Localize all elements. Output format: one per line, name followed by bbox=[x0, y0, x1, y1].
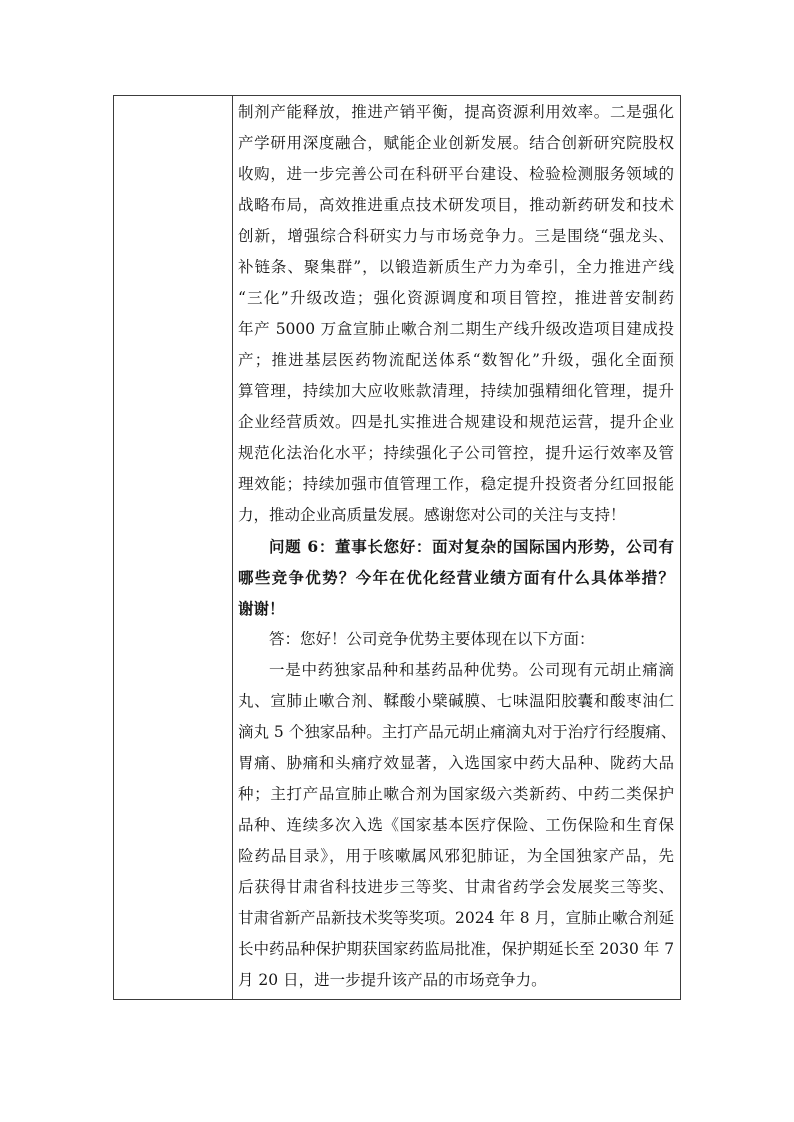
text-line-29: 月 20 日，进一步提升该产品的市场竞争力。 bbox=[238, 965, 674, 996]
qa-table: 制剂产能释放，推进产销平衡，提高资源利用效率。二是强化 产学研用深度融合，赋能企… bbox=[113, 95, 681, 1000]
table-left-cell bbox=[114, 96, 233, 999]
text-line-5: 创新，增强综合科研实力与市场竞争力。三是围绕“强龙头、 bbox=[238, 221, 674, 252]
text-line-14: 力，推动企业高质量发展。感谢您对公司的关注与支持！ bbox=[238, 500, 674, 531]
answer-intro-line: 答：您好！公司竞争优势主要体现在以下方面： bbox=[238, 624, 674, 655]
text-line-13: 理效能；持续加强市值管理工作，稳定提升投资者分红回报能 bbox=[238, 469, 674, 500]
text-line-19: 一是中药独家品种和基药品种优势。公司现有元胡止痛滴 bbox=[238, 655, 674, 686]
text-line-24: 品种、连续多次入选《国家基本医疗保险、工伤保险和生育保 bbox=[238, 810, 674, 841]
text-line-27: 甘肃省新产品新技术奖等奖项。2024 年 8 月，宣肺止嗽合剂延 bbox=[238, 903, 674, 934]
text-line-10: 算管理，持续加大应收账款清理，持续加强精细化管理，提升 bbox=[238, 376, 674, 407]
text-line-8: 年产 5000 万盒宣肺止嗽合剂二期生产线升级改造项目建成投 bbox=[238, 314, 674, 345]
text-line-25: 险药品目录》，用于咳嗽属风邪犯肺证，为全国独家产品，先 bbox=[238, 841, 674, 872]
text-line-21: 滴丸 5 个独家品种。主打产品元胡止痛滴丸对于治疗行经腹痛、 bbox=[238, 717, 674, 748]
text-line-12: 规范化法治化水平；持续强化子公司管控，提升运行效率及管 bbox=[238, 438, 674, 469]
text-line-4: 战略布局，高效推进重点技术研发项目，推动新药研发和技术 bbox=[238, 190, 674, 221]
text-line-22: 胃痛、胁痛和头痛疗效显著，入选国家中药大品种、陇药大品 bbox=[238, 748, 674, 779]
text-line-7: “三化”升级改造；强化资源调度和项目管控，推进普安制药 bbox=[238, 283, 674, 314]
text-line-23: 种；主打产品宣肺止嗽合剂为国家级六类新药、中药二类保护 bbox=[238, 779, 674, 810]
text-line-2: 产学研用深度融合，赋能企业创新发展。结合创新研究院股权 bbox=[238, 128, 674, 159]
text-line-3: 收购，进一步完善公司在科研平台建设、检验检测服务领域的 bbox=[238, 159, 674, 190]
text-line-20: 丸、宣肺止嗽合剂、鞣酸小檗碱膜、七味温阳胶囊和酸枣油仁 bbox=[238, 686, 674, 717]
text-line-1: 制剂产能释放，推进产销平衡，提高资源利用效率。二是强化 bbox=[238, 97, 674, 128]
text-line-6: 补链条、聚集群”，以锻造新质生产力为牵引，全力推进产线 bbox=[238, 252, 674, 283]
text-line-11: 企业经营质效。四是扎实推进合规建设和规范运营，提升企业 bbox=[238, 407, 674, 438]
document-page: 制剂产能释放，推进产销平衡，提高资源利用效率。二是强化 产学研用深度融合，赋能企… bbox=[0, 0, 794, 1122]
text-line-26: 后获得甘肃省科技进步三等奖、甘肃省药学会发展奖三等奖、 bbox=[238, 872, 674, 903]
question-6-line-3: 谢谢！ bbox=[238, 593, 674, 624]
question-6-line-1: 问题 6：董事长您好：面对复杂的国际国内形势，公司有 bbox=[238, 531, 674, 562]
text-line-28: 长中药品种保护期获国家药监局批准，保护期延长至 2030 年 7 bbox=[238, 934, 674, 965]
question-6-line-2: 哪些竞争优势？今年在优化经营业绩方面有什么具体举措？ bbox=[238, 562, 674, 593]
text-line-9: 产；推进基层医药物流配送体系“数智化”升级，强化全面预 bbox=[238, 345, 674, 376]
table-right-cell: 制剂产能释放，推进产销平衡，提高资源利用效率。二是强化 产学研用深度融合，赋能企… bbox=[233, 96, 680, 999]
